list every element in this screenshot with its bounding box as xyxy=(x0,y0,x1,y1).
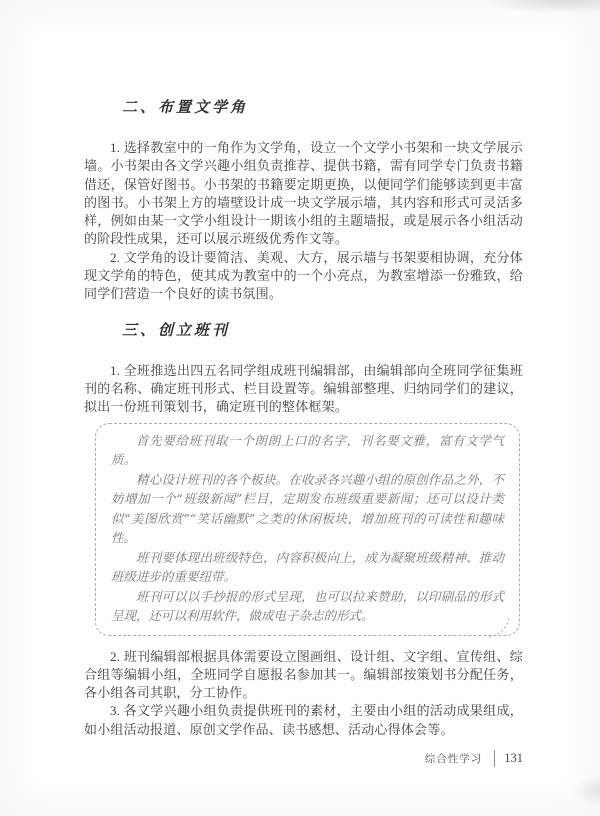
footer-divider xyxy=(494,750,495,767)
note-line: 班刊可以以手抄报的形式呈现，也可以拉来赞助，以印刷品的形式呈现，还可以利用软件，… xyxy=(111,587,504,626)
section-heading-class-journal: 三、创立班刊 xyxy=(84,322,523,340)
body-paragraph: 2. 班刊编辑部根据具体需要设立图画组、设计组、文字组、宣传组、综合组等编辑小组… xyxy=(84,648,523,703)
note-line: 精心设计班刊的各个板块。在收录各兴趣小组的原创作品之外，不妨增加一个“班级新闻”… xyxy=(111,470,504,548)
note-line: 首先要给班刊取一个朗朗上口的名字，刊名要文雅，富有文学气质。 xyxy=(111,431,504,470)
note-line: 班刊要体现出班级特色，内容积极向上，成为凝聚班级精神、推动班级进步的重要纽带。 xyxy=(111,548,504,587)
body-paragraph: 2. 文学角的设计要简洁、美观、大方，展示墙与书架要相协调，充分体现文学角的特色… xyxy=(84,249,523,304)
page-footer: 综合性学习 131 xyxy=(425,750,523,767)
handwritten-note-box: 首先要给班刊取一个朗朗上口的名字，刊名要文雅，富有文学气质。 精心设计班刊的各个… xyxy=(95,423,520,636)
body-paragraph: 3. 各文学兴趣小组负责提供班刊的素材，主要由小组的活动成果组成，如小组活动报道… xyxy=(84,702,523,739)
scan-smudge-bottom-right xyxy=(574,776,600,806)
body-paragraph: 1. 全班推选出四五名同学组成班刊编辑部，由编辑部向全班同学征集班刊的名称、确定… xyxy=(84,362,523,417)
book-page: 二、布置文学角 1. 选择教室中的一角作为文学角，设立一个文学小书架和一块文学展… xyxy=(0,0,600,816)
page-content: 二、布置文学角 1. 选择教室中的一角作为文学角，设立一个文学小书架和一块文学展… xyxy=(84,0,523,739)
body-paragraph: 1. 选择教室中的一角作为文学角，设立一个文学小书架和一块文学展示墙。小书架由各… xyxy=(84,139,523,249)
section-heading-literary-corner: 二、布置文学角 xyxy=(84,99,523,117)
footer-section-label: 综合性学习 xyxy=(425,751,483,766)
page-number: 131 xyxy=(504,751,523,766)
